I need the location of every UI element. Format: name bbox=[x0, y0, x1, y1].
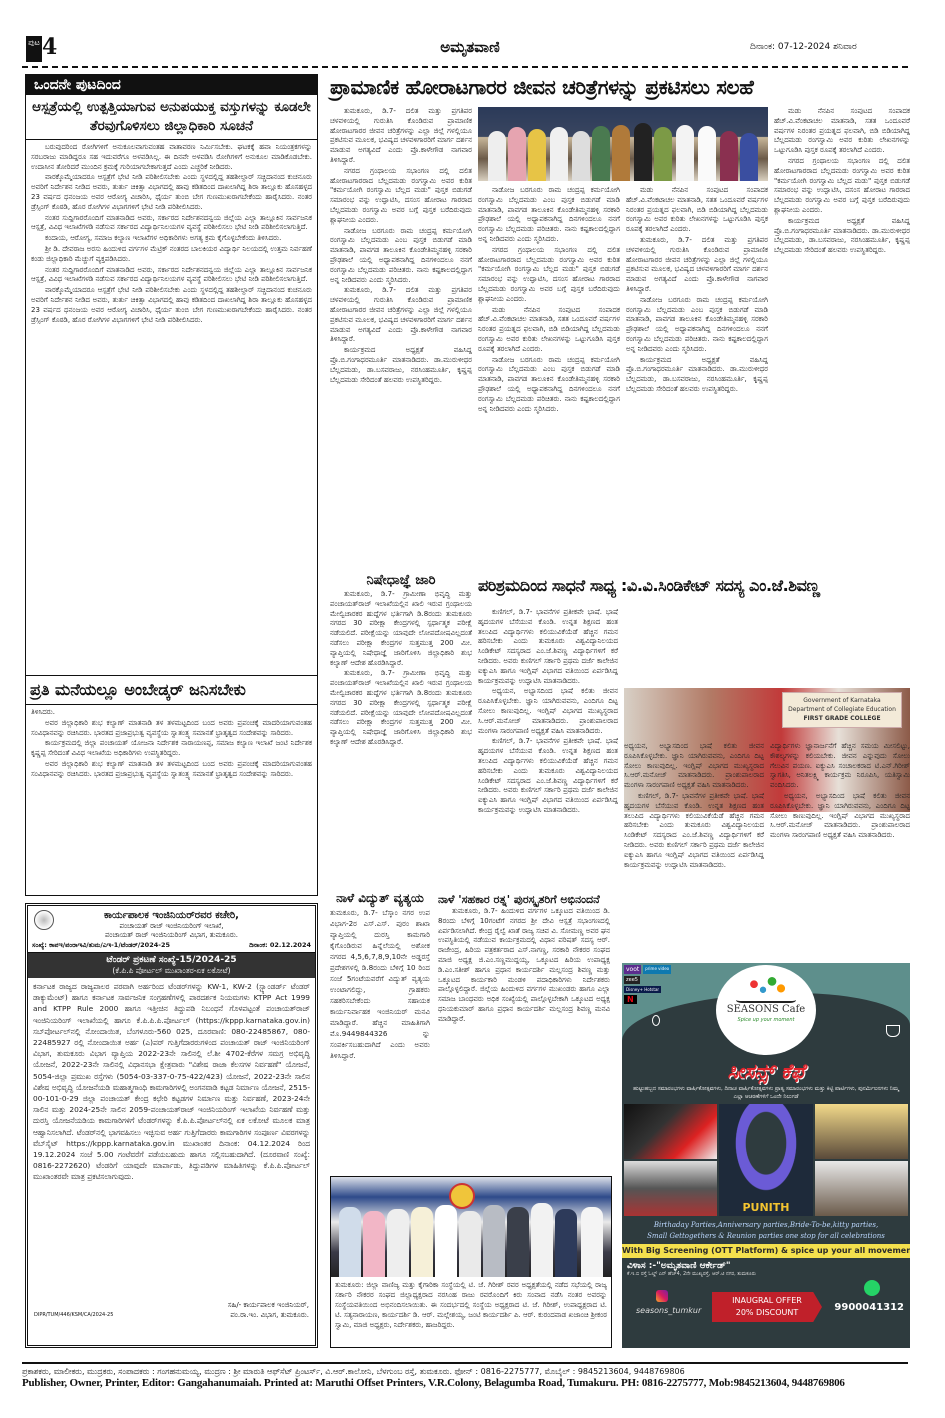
paragraph: ಕುಣಿಗಲ್, ಡಿ.7- ಭಾವನೆಗಳ ಪ್ರತೀಕವೇ ಭಾಷೆ. ಭಾ… bbox=[478, 608, 618, 686]
tender-signature-office: ಪಂ.ರಾ.ಇಂ. ವಿಭಾಗ, ತುಮಕೂರು. bbox=[230, 1310, 309, 1320]
continued-from-front-label: ಒಂದನೇ ಪುಟದಿಂದ bbox=[26, 75, 317, 95]
ad-english-line: Birthaday Parties,Anniversary parties,Br… bbox=[622, 1220, 910, 1231]
seasons-cafe-ad: voot prime video zee5 Disney+ Hotstar N … bbox=[622, 963, 910, 1348]
cafe-tagline: Spice up your moment bbox=[716, 1017, 816, 1023]
left-column-box: ಒಂದನೇ ಪುಟದಿಂದ ಆಸ್ಪತ್ರೆಯಲ್ಲಿ ಉತ್ಪತ್ತಿಯಾಗು… bbox=[25, 74, 318, 896]
paragraph: ಕಾರ್ಯಕ್ರಮದ ಅಧ್ಯಕ್ಷತೆ ವಹಿಸಿದ್ದ ಪ್ರೊ.ಬಿ.ಗಂ… bbox=[330, 346, 472, 385]
paragraph: ವಿದ್ಯಾರ್ಥಿಗಳು ಜ್ಞಾನಾರ್ಜನೆಗೆ ಹೆಚ್ಚಿನ ಸಮಯ … bbox=[770, 742, 910, 791]
zee5-logo: zee5 bbox=[624, 976, 640, 984]
offer-discount: 20% DISCOUNT bbox=[712, 1307, 822, 1319]
ad-phone: 9900041312 bbox=[834, 1302, 904, 1313]
paragraph: ತುಮಕೂರು, ಡಿ.7- ದಲಿತ ಮತ್ತು ಪ್ರಗತಿಪರ ಚಳವಳಿ… bbox=[626, 236, 768, 295]
syndicate-column-1: ಕುಣಿಗಲ್, ಡಿ.7- ಭಾವನೆಗಳ ಪ್ರತೀಕವೇ ಭಾಷೆ. ಭಾ… bbox=[478, 608, 618, 883]
paragraph: ಅವರ ಜಿಲ್ಲಾಧಿಕಾರಿ ಶುಭ ಕಲ್ಯಾಣ್ ಮಾತನಾಡಿ ತಳ … bbox=[31, 719, 312, 739]
story-body: ತುಮಕೂರು, ಡಿ.7- ಬೆಸ್ಕಾಂ ನಗರ ಉಪ ವಿಭಾಗ-2ರ ಎ… bbox=[330, 907, 430, 1061]
ott-logos: voot prime video zee5 Disney+ Hotstar N bbox=[624, 965, 674, 1004]
government-emblem-icon bbox=[34, 910, 54, 930]
paragraph: ಅವರ ಜಿಲ್ಲಾಧಿಕಾರಿ ಶುಭ ಕಲ್ಯಾಣ್ ಮಾತನಾಡಿ ತಳ … bbox=[31, 760, 312, 780]
paragraph: ತುಮಕೂರು, ಡಿ.7- ಗ್ರಾಮೀಣಾ ಭಿವೃದ್ಧಿ ಮತ್ತು ಪ… bbox=[330, 590, 472, 668]
story-headline: ನಿಷೇಧಾಜ್ಞೆ ಜಾರಿ bbox=[330, 572, 472, 590]
netflix-logo: N bbox=[624, 995, 637, 1004]
paragraph: ವಾರಕ್ಕೊಮ್ಮೆಯಾದರೂ ಆಸ್ಪತ್ರೆಗೆ ಭೇಟಿ ನೀಡಿ ಪರ… bbox=[31, 173, 312, 212]
story-headline: ನಾಳೆ ವಿದ್ಯುತ್ ವ್ಯತ್ಯಯ bbox=[330, 890, 430, 907]
chamber-photo-box: ತುಮಕೂರು: ಜಿಲ್ಲಾ ವಾಣಿಜ್ಯ ಮತ್ತು ಕೈಗಾರಿಕಾ ಸ… bbox=[330, 1176, 612, 1348]
chamber-of-commerce-photo bbox=[331, 1177, 611, 1277]
paragraph: ನಗರದ ಗ್ರಂಥಾಲಯ ಸಭಾಂಗಣ ದಲ್ಲಿ ದಲಿತ ಹೋರಾಟಗಾರ… bbox=[774, 157, 910, 216]
paragraph: ಮಡು ನೆನಪಿನ ಸಂಪುಟದ ಸಂಪಾದಕ ಹೆಚ್.ವಿ.ವೆಂಕಟಾಚ… bbox=[478, 306, 620, 355]
paragraph: ನಾಡೋಜ ಬರಗೂರು ರಾಮ ಚಂದ್ರಪ್ಪ ಕರ್ಮಯೋಗಿ ರಂಗಸ್… bbox=[478, 186, 620, 245]
syndicate-column-3: ವಿದ್ಯಾರ್ಥಿಗಳು ಜ್ಞಾನಾರ್ಜನೆಗೆ ಹೆಚ್ಚಿನ ಸಮಯ … bbox=[770, 742, 910, 930]
paragraph: ಕಾರ್ಯಕ್ರಮದ ಅಧ್ಯಕ್ಷತೆ ವಹಿಸಿದ್ದ ಪ್ರೊ.ಬಿ.ಗಂ… bbox=[774, 217, 910, 256]
paragraph: ಕಾರ್ಯಕ್ರಮದಲ್ಲಿ ಜಿಲ್ಲಾ ಪಂಚಾಯತ್ ಯೋಜನಾ ನಿರ್… bbox=[31, 739, 312, 759]
paragraph: ಮಡು ನೆನಪಿನ ಸಂಪುಟದ ಸಂಪಾದಕ ಹೆಚ್.ವಿ.ವೆಂಕಟಾಚ… bbox=[626, 186, 768, 235]
paragraph: ಅಧ್ಯಯನ, ಅಭ್ಯಾಸದಿಂದ ಭಾಷೆ ಕಲಿತು ಜೀವನ ರೂಪಿಸ… bbox=[624, 742, 764, 791]
tender-notice: ಕಾರ್ಯಪಾಲಕ ಇಂಜಿನಿಯರ್‌ರವರ ಕಚೇರಿ, ಪಂಚಾಯತ್ ರ… bbox=[25, 903, 318, 1348]
story-body: ತುಮಕೂರು, ಡಿ.7- ಗ್ರಾಮೀಣಾ ಭಿವೃದ್ಧಿ ಮತ್ತು ಪ… bbox=[330, 590, 472, 748]
tender-office: ಕಾರ್ಯಪಾಲಕ ಇಂಜಿನಿಯರ್‌ರವರ ಕಚೇರಿ, bbox=[32, 909, 311, 922]
sahakara-ratna-story: ನಾಳೆ 'ಸಹಕಾರ ರತ್ನ' ಪುರಸ್ಕೃತರಿಗೆ ಅಭಿನಂದನೆ … bbox=[438, 892, 610, 1170]
inaugural-offer-badge: INAUGRAL OFFER 20% DISCOUNT bbox=[712, 1292, 822, 1322]
main-story-column-3: ಮಡು ನೆನಪಿನ ಸಂಪುಟದ ಸಂಪಾದಕ ಹೆಚ್.ವಿ.ವೆಂಕಟಾಚ… bbox=[626, 186, 768, 567]
tender-body: ಕರ್ನಾಟಕ ರಾಜ್ಯದ ರಾಜ್ಯಪಾಲರ ಪರವಾಗಿ ಅರ್ಹರಿಂದ… bbox=[28, 978, 315, 1300]
offer-title: INAUGRAL OFFER bbox=[712, 1295, 822, 1307]
paragraph: ತಿಳಿಸಿದರು. bbox=[31, 708, 312, 718]
issue-date: ದಿನಾಂಕ: 07-12-2024 ಶನಿವಾರ bbox=[750, 42, 857, 52]
tender-dept-division: ಪಂಚಾಯತ್ ರಾಜ್ ಇಂಜಿನಿಯರಿಂಗ್ ವಿಭಾಗ, ತುಮಕೂರು… bbox=[32, 931, 311, 940]
paragraph: ನಾಡೋಜ ಬರಗೂರು ರಾಮ ಚಂದ್ರಪ್ಪ ಕರ್ಮಯೋಗಿ ರಂಗಸ್… bbox=[626, 296, 768, 355]
story-body: ತುಮಕೂರು, ಡಿ.7- ಹಿಂದುಳಿದ ವರ್ಗಗಳ ಒಕ್ಕೂಟದ ವ… bbox=[438, 907, 610, 1025]
ad-english-description: Birthaday Parties,Anniversary parties,Br… bbox=[622, 1218, 910, 1244]
cafe-brand-kannada: ಸೀಸನ್ಸ್ ಕೆಫೆ bbox=[622, 1058, 910, 1084]
hotstar-logo: Disney+ Hotstar bbox=[624, 986, 661, 993]
syndicate-headline: ಪರಿಶ್ರಮದಿಂದ ಸಾಧನೆ ಸಾಧ್ಯ :ವಿ.ವಿ.ಸಿಂಡಿಕೇಟ್… bbox=[478, 574, 910, 598]
imprint-english: Publisher, Owner, Printer, Editor: Ganga… bbox=[22, 1377, 908, 1389]
paragraph: ನಾಡೋಜ ಬರಗೂರು ರಾಮ ಚಂದ್ರಪ್ಪ ಕರ್ಮಯೋಗಿ ರಂಗಸ್… bbox=[330, 227, 472, 286]
paragraph: ನಂತರ ಸುದ್ದಿಗಾರರೊಂದಿಗೆ ಮಾತನಾಡಿದ ಅವರು, ಸರ್… bbox=[31, 214, 312, 234]
story-headline: ಆಸ್ಪತ್ರೆಯಲ್ಲಿ ಉತ್ಪತ್ತಿಯಾಗುವ ಅನುಪಯುಕ್ತ ವಸ… bbox=[26, 95, 317, 140]
tender-subtitle: (ಕೆ.ಪಿ.ಪಿ ಪೋರ್ಟಲ್ ಮುಖಾಂತರ-ಏಕ ಲಕೋಟೆ) bbox=[28, 966, 315, 976]
paragraph: ತುಮಕೂರು, ಡಿ.7- ದಲಿತ ಮತ್ತು ಪ್ರಗತಿಪರ ಚಳವಳಿ… bbox=[330, 107, 472, 166]
masthead-divider bbox=[22, 66, 908, 68]
photo-caption: ತುಮಕೂರು: ಜಿಲ್ಲಾ ವಾಣಿಜ್ಯ ಮತ್ತು ಕೈಗಾರಿಕಾ ಸ… bbox=[331, 1277, 611, 1333]
main-story-column-2: ನಾಡೋಜ ಬರಗೂರು ರಾಮ ಚಂದ್ರಪ್ಪ ಕರ್ಮಯೋಗಿ ರಂಗಸ್… bbox=[478, 186, 620, 567]
paragraph: ತುಮಕೂರು, ಡಿ.7- ಹಿಂದುಳಿದ ವರ್ಗಗಳ ಒಕ್ಕೂಟದ ವ… bbox=[438, 907, 610, 1025]
paragraph: ಅಧ್ಯಯನ, ಅಭ್ಯಾಸದಿಂದ ಭಾಷೆ ಕಲಿತು ಜೀವನ ರೂಪಿಸ… bbox=[770, 792, 910, 841]
power-cut-story: ನಾಳೆ ವಿದ್ಯುತ್ ವ್ಯತ್ಯಯ ತುಮಕೂರು, ಡಿ.7- ಬೆಸ… bbox=[330, 890, 430, 1172]
paragraph: ಬರುವುದರಿಂದ ರೋಗಿಗಳಿಗೆ ಅನುಕೂಲವಾಗುವಂತಹ ವಾತಾ… bbox=[31, 143, 312, 172]
ad-hero: voot prime video zee5 Disney+ Hotstar N … bbox=[622, 963, 910, 1058]
cafe-brand-latin: SEASONS Cafe bbox=[716, 1003, 816, 1017]
page-number: 4 bbox=[42, 34, 57, 60]
tender-title: ಟೆಂಡರ್ ಪ್ರಕಟಣೆ ಸಂಖ್ಯೆ-15/2024-25 bbox=[28, 955, 315, 966]
cafe-logo: SEASONS Cafe Spice up your moment bbox=[716, 965, 816, 1055]
ad-english-line: Small Gettogethers & Reunion parties one… bbox=[622, 1231, 910, 1242]
paragraph: ನಾಡೋಜ ಬರಗೂರು ರಾಮ ಚಂದ್ರಪ್ಪ ಕರ್ಮಯೋಗಿ ರಂಗಸ್… bbox=[478, 356, 620, 415]
association-logo bbox=[449, 1183, 475, 1209]
balloon-arch-photo: PUNITH bbox=[719, 1104, 812, 1216]
instagram-handle: seasons_tumkur bbox=[636, 1306, 701, 1315]
syndicate-column-2: ಅಧ್ಯಯನ, ಅಭ್ಯಾಸದಿಂದ ಭಾಷೆ ಕಲಿತು ಜೀವನ ರೂಪಿಸ… bbox=[624, 742, 764, 930]
tender-reference: ಸಂಖ್ಯೆ: ಕಾಪಇ/ಪಂರಾಇವಿ/ತುಮ/ಎಇ-1/ಟೆಂಡರ್/202… bbox=[32, 941, 170, 950]
paragraph: ಕಾರ್ಯಕ್ರಮದ ಅಧ್ಯಕ್ಷತೆ ವಹಿಸಿದ್ದ ಪ್ರೊ.ಬಿ.ಗಂ… bbox=[626, 356, 768, 395]
paragraph: ನಂತರ ಸುದ್ದಿಗಾರರೊಂದಿಗೆ ಮಾತನಾಡಿದ ಅವರು, ಸರ್… bbox=[31, 266, 312, 286]
decor-name: PUNITH bbox=[719, 1201, 812, 1214]
college-banner: Government of KarnatakaDepartment of Col… bbox=[782, 692, 902, 728]
paragraph: ನಗರದ ಗ್ರಂಥಾಲಯ ಸಭಾಂಗಣ ದಲ್ಲಿ ದಲಿತ ಹೋರಾಟಗಾರ… bbox=[330, 167, 472, 226]
coffee-cup-icon bbox=[886, 1025, 900, 1037]
main-story-column-4: ಮಡು ನೆನಪಿನ ಸಂಪುಟದ ಸಂಪಾದಕ ಹೆಚ್.ವಿ.ವೆಂಕಟಾಚ… bbox=[774, 107, 910, 567]
whatsapp-icon bbox=[864, 1280, 880, 1296]
prime-logo: prime video bbox=[643, 965, 671, 974]
paragraph: ತುಮಕೂರು, ಡಿ.7- ಗ್ರಾಮೀಣಾ ಭಿವೃದ್ಧಿ ಮತ್ತು ಪ… bbox=[330, 669, 472, 747]
ad-kannada-description: ಹುಟ್ಟುಹಬ್ಬದ ಸಮಾರಂಭಗಳು ವಾರ್ಷಿಕೋತ್ಸವಗಳು, ದ… bbox=[622, 1084, 910, 1102]
paragraph: ಶ್ರೀ ಡಿ. ದೇವರಾಜ ಅರಸು ಹಿಂದುಳಿದ ವರ್ಗಗಳ ಮೆಟ… bbox=[31, 245, 312, 265]
tender-reference-date: ದಿನಾಂಕ: 02.12.2024 bbox=[249, 941, 311, 950]
prohibitory-order-story: ನಿಷೇಧಾಜ್ಞೆ ಜಾರಿ ತುಮಕೂರು, ಡಿ.7- ಗ್ರಾಮೀಣಾ … bbox=[330, 572, 472, 882]
book-release-photo bbox=[478, 107, 768, 181]
dipr-code: DIPR/TUM/446/KSM/CA/2024-25 bbox=[34, 1310, 113, 1320]
tender-signature: ಸಹಿ/- ಕಾರ್ಯಪಾಲಕ ಇಂಜಿನಿಯರ್, bbox=[34, 1300, 309, 1310]
story-headline: ನಾಳೆ 'ಸಹಕಾರ ರತ್ನ' ಪುರಸ್ಕೃತರಿಗೆ ಅಭಿನಂದನೆ bbox=[438, 892, 610, 907]
ad-banner: With Big Screening (OTT Platform) & spic… bbox=[622, 1244, 910, 1258]
ad-address: ಕೆ.ಇ.ಬಿ ರಸ್ತೆ ಓಲ್ಡ್ ಎನ್ ಹೆಚ್4, 2ನೇ ಮುಖ್ಯ… bbox=[627, 1271, 905, 1277]
story-body: ಬರುವುದರಿಂದ ರೋಗಿಗಳಿಗೆ ಅನುಕೂಲವಾಗುವಂತಹ ವಾತಾ… bbox=[26, 140, 317, 675]
paragraph: ಕಂದಾಯ, ಆರೋಗ್ಯ, ಸಮಾಜ ಕಲ್ಯಾಣ ಇಲಾಖೆಗಳ ಅಧಿಕಾ… bbox=[31, 234, 312, 244]
story-headline: ಪ್ರತಿ ಮನೆಯಲ್ಲೂ ಅಂಬೇಡ್ಕರ್ ಜನಿಸಬೇಕು bbox=[26, 675, 317, 705]
ad-photo-grid: PUNITH bbox=[622, 1102, 910, 1218]
voot-logo: voot bbox=[624, 965, 641, 974]
paragraph: ಅಧ್ಯಯನ, ಅಭ್ಯಾಸದಿಂದ ಭಾಷೆ ಕಲಿತು ಜೀವನ ರೂಪಿಸ… bbox=[478, 687, 618, 736]
tree-icon bbox=[736, 973, 796, 1003]
coffee-bean-icon bbox=[652, 1015, 660, 1026]
main-story-column-1: ತುಮಕೂರು, ಡಿ.7- ದಲಿತ ಮತ್ತು ಪ್ರಗತಿಪರ ಚಳವಳಿ… bbox=[330, 107, 472, 567]
story-body: ತಿಳಿಸಿದರು. ಅವರ ಜಿಲ್ಲಾಧಿಕಾರಿ ಶುಭ ಕಲ್ಯಾಣ್ … bbox=[26, 705, 317, 784]
page-label: ಪುಟ bbox=[26, 36, 42, 62]
ad-address-label: ವಿಳಾಸ :-"ಅಮೃತವಾಣಿ ಆರ್ಕೇಡ್" bbox=[627, 1261, 905, 1271]
tender-dept: ಪಂಚಾಯತ್ ರಾಜ್ ಇಂಜಿನಿಯರಿಂಗ್ ಇಲಾಖೆ, bbox=[32, 922, 311, 931]
main-headline: ಪ್ರಾಮಾಣಿಕ ಹೋರಾಟಗಾರರ ಜೀವನ ಚರಿತ್ರೆಗಳನ್ನು ಪ… bbox=[330, 72, 910, 102]
paragraph: ತುಮಕೂರು, ಡಿ.7- ದಲಿತ ಮತ್ತು ಪ್ರಗತಿಪರ ಚಳವಳಿ… bbox=[330, 286, 472, 345]
paragraph: ನಗರದ ಗ್ರಂಥಾಲಯ ಸಭಾಂಗಣ ದಲ್ಲಿ ದಲಿತ ಹೋರಾಟಗಾರ… bbox=[478, 246, 620, 305]
imprint-kannada: ಪ್ರಕಾಶಕರು, ಮಾಲೀಕರು, ಮುದ್ರಕರು, ಸಂಪಾದಕರು :… bbox=[22, 1362, 908, 1377]
paragraph: ಕುಣಿಗಲ್, ಡಿ.7- ಭಾವನೆಗಳ ಪ್ರತೀಕವೇ ಭಾಷೆ. ಭಾ… bbox=[478, 737, 618, 815]
paragraph: ಮಡು ನೆನಪಿನ ಸಂಪುಟದ ಸಂಪಾದಕ ಹೆಚ್.ವಿ.ವೆಂಕಟಾಚ… bbox=[774, 107, 910, 156]
paragraph: ವಾರಕ್ಕೊಮ್ಮೆಯಾದರೂ ಆಸ್ಪತ್ರೆಗೆ ಭೇಟಿ ನೀಡಿ ಪರ… bbox=[31, 286, 312, 325]
instagram-icon bbox=[656, 1290, 668, 1302]
newspaper-name: ಅಮೃತವಾಣಿ bbox=[380, 38, 560, 56]
paragraph: ಕುಣಿಗಲ್, ಡಿ.7- ಭಾವನೆಗಳ ಪ್ರತೀಕವೇ ಭಾಷೆ. ಭಾ… bbox=[624, 792, 764, 870]
